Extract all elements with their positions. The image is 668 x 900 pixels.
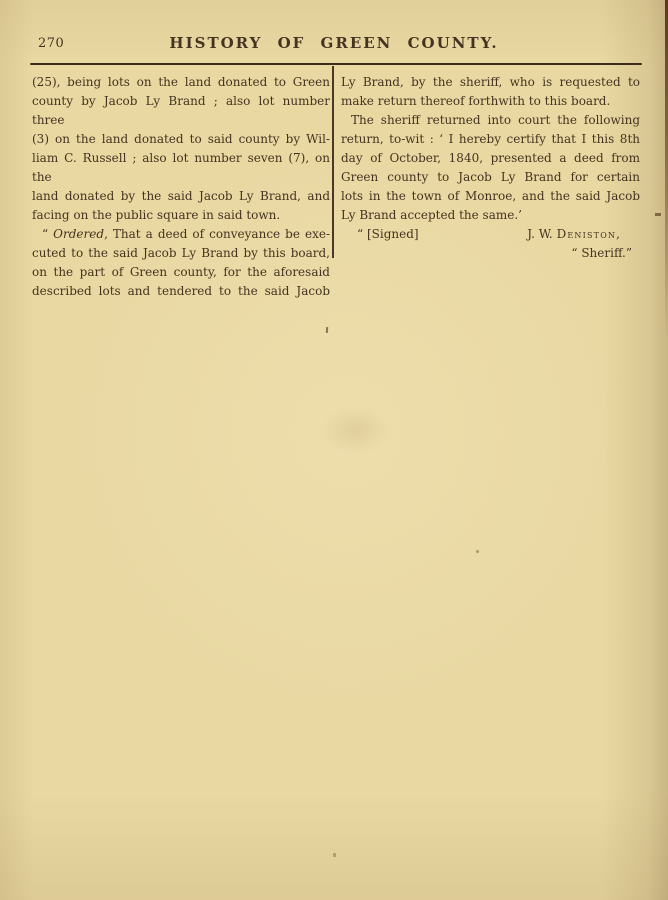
text-line: lots in the town of Monroe, and the said… [341, 187, 640, 206]
text-run: on the part of Green county, for the afo… [32, 265, 330, 279]
text-line: day of October, 1840, presented a deed f… [341, 149, 640, 168]
text-run: “ [42, 227, 53, 241]
text-run: return, to-wit : ‘ I hereby certify that… [341, 132, 640, 146]
text-line: return, to-wit : ‘ I hereby certify that… [341, 130, 640, 149]
right-column: Ly Brand, by the sheriff, who is request… [341, 73, 640, 263]
text-run: lots in the town of Monroe, and the said… [341, 189, 640, 203]
text-line: facing on the public square in said town… [32, 206, 330, 225]
text-line: “ Ordered, That a deed of conveyance be … [32, 225, 330, 244]
text-line: “ [Signed]J. W. Deniston, [341, 225, 640, 244]
text-run: , [616, 227, 620, 241]
scan-speck [326, 327, 328, 333]
text-line: (3) on the land donated to said county b… [32, 130, 330, 149]
text-run: (3) on the land donated to said county b… [32, 132, 330, 146]
text-line: “ Sheriff.” [341, 244, 640, 263]
text-line: liam C. Russell ; also lot number seven … [32, 149, 330, 187]
text-run: J. W. [527, 227, 556, 241]
left-column: (25), being lots on the land donated to … [32, 73, 330, 301]
text-line: (25), being lots on the land donated to … [32, 73, 330, 92]
text-run: (25), being lots on the land donated to … [32, 75, 330, 89]
text-run: day of October, 1840, presented a deed f… [341, 151, 640, 165]
text-run: , That a deed of conveyance be exe- [104, 227, 330, 241]
text-line: described lots and tendered to the said … [32, 282, 330, 301]
book-page: 270 HISTORY OF GREEN COUNTY. (25), being… [0, 0, 668, 900]
text-line: Ly Brand accepted the same.’ [341, 206, 640, 225]
text-line: Ly Brand, by the sheriff, who is request… [341, 73, 640, 92]
text-line: Green county to Jacob Ly Brand for certa… [341, 168, 640, 187]
text-run: The sheriff returned into court the foll… [351, 113, 640, 127]
text-run: land donated by the said Jacob Ly Brand,… [32, 189, 330, 203]
text-run: Deniston [557, 227, 617, 241]
header-rule [30, 63, 642, 65]
text-line: land donated by the said Jacob Ly Brand,… [32, 187, 330, 206]
text-line: cuted to the said Jacob Ly Brand by this… [32, 244, 330, 263]
running-title: HISTORY OF GREEN COUNTY. [0, 34, 668, 52]
text-line: on the part of Green county, for the afo… [32, 263, 330, 282]
text-run: cuted to the said Jacob Ly Brand by this… [32, 246, 330, 260]
text-run: Ordered [53, 227, 104, 241]
signature-name: J. W. Deniston, [527, 225, 620, 244]
scan-speck [655, 213, 661, 216]
text-line: county by Jacob Ly Brand ; also lot numb… [32, 92, 330, 130]
text-run: described lots and tendered to the said … [32, 284, 330, 298]
scan-smudge [320, 405, 390, 455]
text-line: The sheriff returned into court the foll… [341, 111, 640, 130]
text-run: Ly Brand accepted the same.’ [341, 208, 522, 222]
text-run: Ly Brand, by the sheriff, who is request… [341, 75, 640, 89]
text-run: county by Jacob Ly Brand ; also lot numb… [32, 94, 330, 127]
scan-speck [476, 550, 479, 553]
text-run: liam C. Russell ; also lot number seven … [32, 151, 330, 184]
scan-speck [333, 853, 336, 857]
column-divider [332, 66, 334, 258]
text-run: “ [Signed] [357, 227, 419, 241]
text-run: “ Sheriff.” [571, 246, 632, 260]
text-run: facing on the public square in said town… [32, 208, 280, 222]
text-run: make return thereof forthwith to this bo… [341, 94, 610, 108]
signed-label: “ [Signed] [357, 225, 419, 244]
text-line: make return thereof forthwith to this bo… [341, 92, 640, 111]
text-run: Green county to Jacob Ly Brand for certa… [341, 170, 640, 184]
